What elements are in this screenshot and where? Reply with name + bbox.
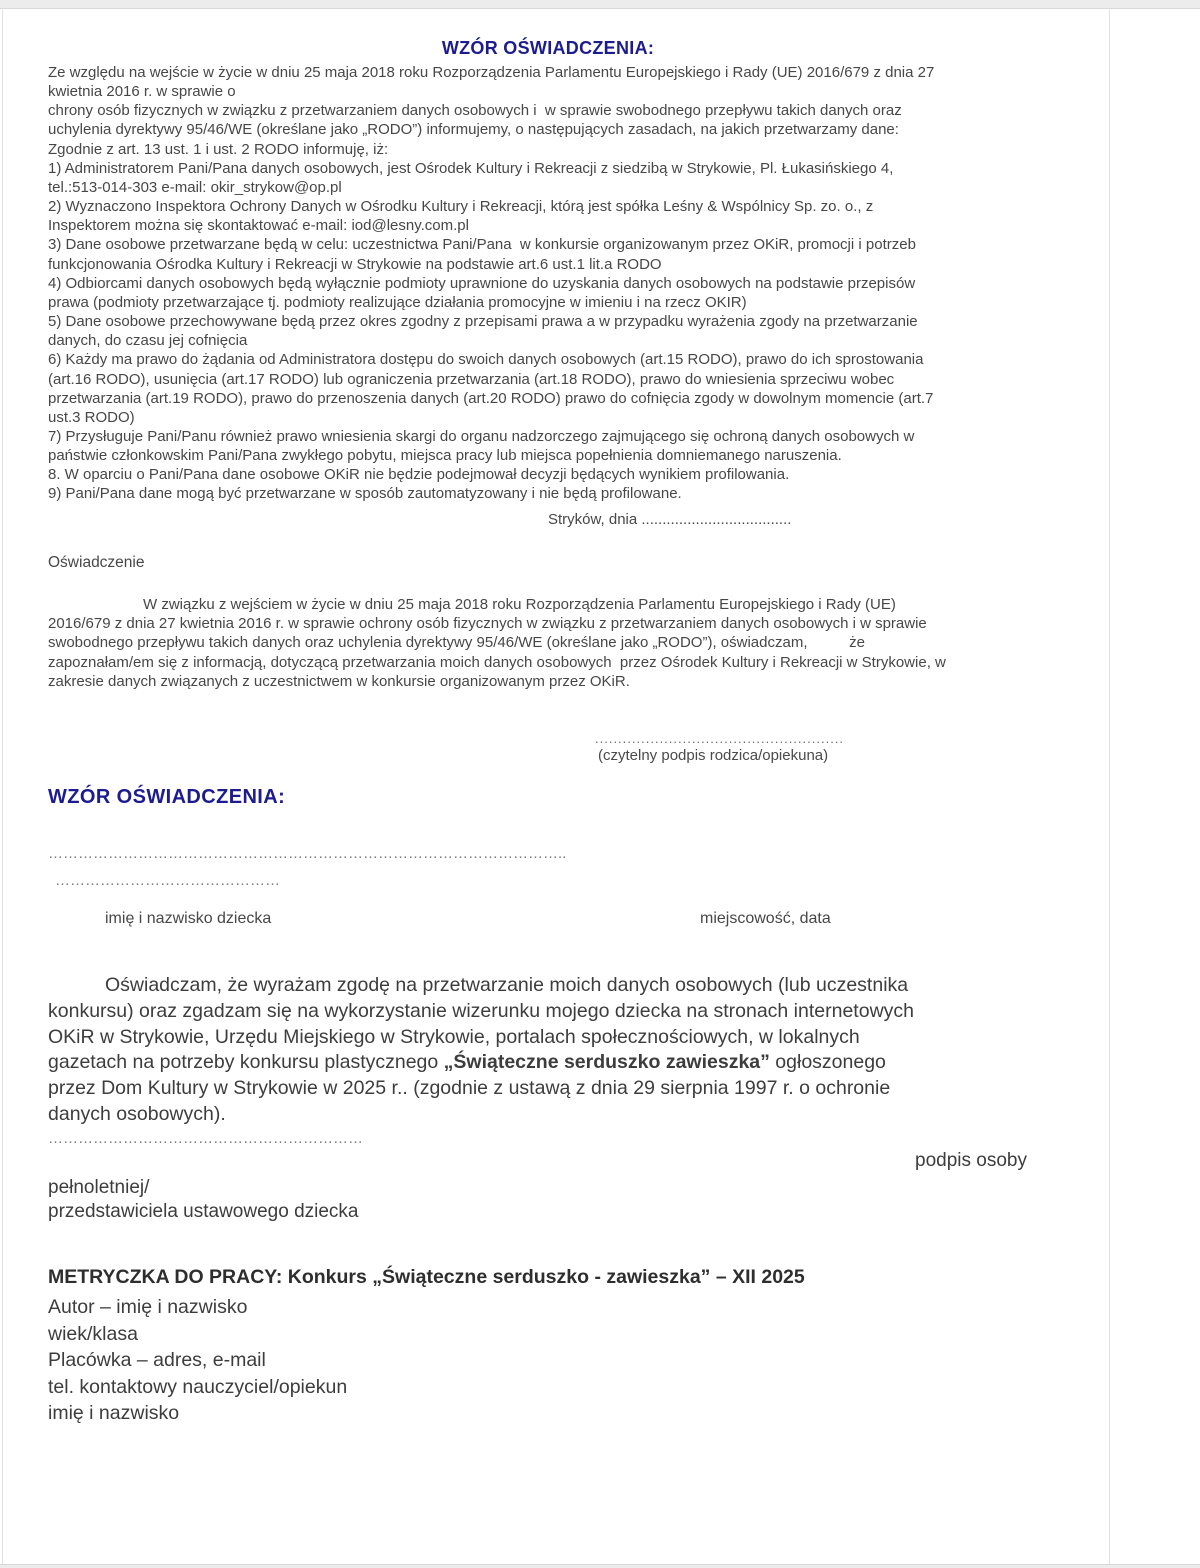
scanned-document-page: WZÓR OŚWIADCZENIA: Ze względu na wejście… [0,0,1200,1568]
consent-paragraph: Oświadczam, że wyrażam zgodę na przetwar… [48,973,1058,1128]
rodo-intro-text: Ze względu na wejście w życie w dniu 25 … [48,63,1098,504]
place-date-label: miejscowość, data [700,910,831,928]
signer-label-right: podpis osoby [915,1150,1027,1172]
signature-dotted-line: ........................................… [595,731,844,746]
fill-line-short: ……………………………………… [55,872,280,889]
scan-bottom-edge [0,1564,1200,1568]
child-name-label: imię i nazwisko dziecka [105,910,271,928]
consent-competition-name: „Świąteczne serduszko zawieszka” [444,1051,770,1073]
statement-text: W związku z wejściem w życie w dniu 25 m… [48,595,1098,691]
metryczka-fields: Autor – imię i nazwisko wiek/klasa Placó… [48,1294,748,1427]
document-title: WZÓR OŚWIADCZENIA: [48,38,1048,59]
place-date-line: Stryków, dnia ..........................… [548,511,791,528]
template-heading: WZÓR OŚWIADCZENIA: [48,786,285,809]
signer-role-lines: pełnoletniej/ przedstawiciela ustawowego… [48,1176,359,1223]
metryczka-heading: METRYCZKA DO PRACY: Konkurs „Świąteczne … [48,1266,1058,1289]
signature-caption: (czytelny podpis rodzica/opiekuna) [598,747,828,764]
statement-heading: Oświadczenie [48,554,145,572]
scan-top-edge [0,0,1200,9]
fill-line-long: ………………………………………………………………………………………….. [48,845,566,862]
adult-signature-line: ……………………………………………………… [48,1130,363,1147]
